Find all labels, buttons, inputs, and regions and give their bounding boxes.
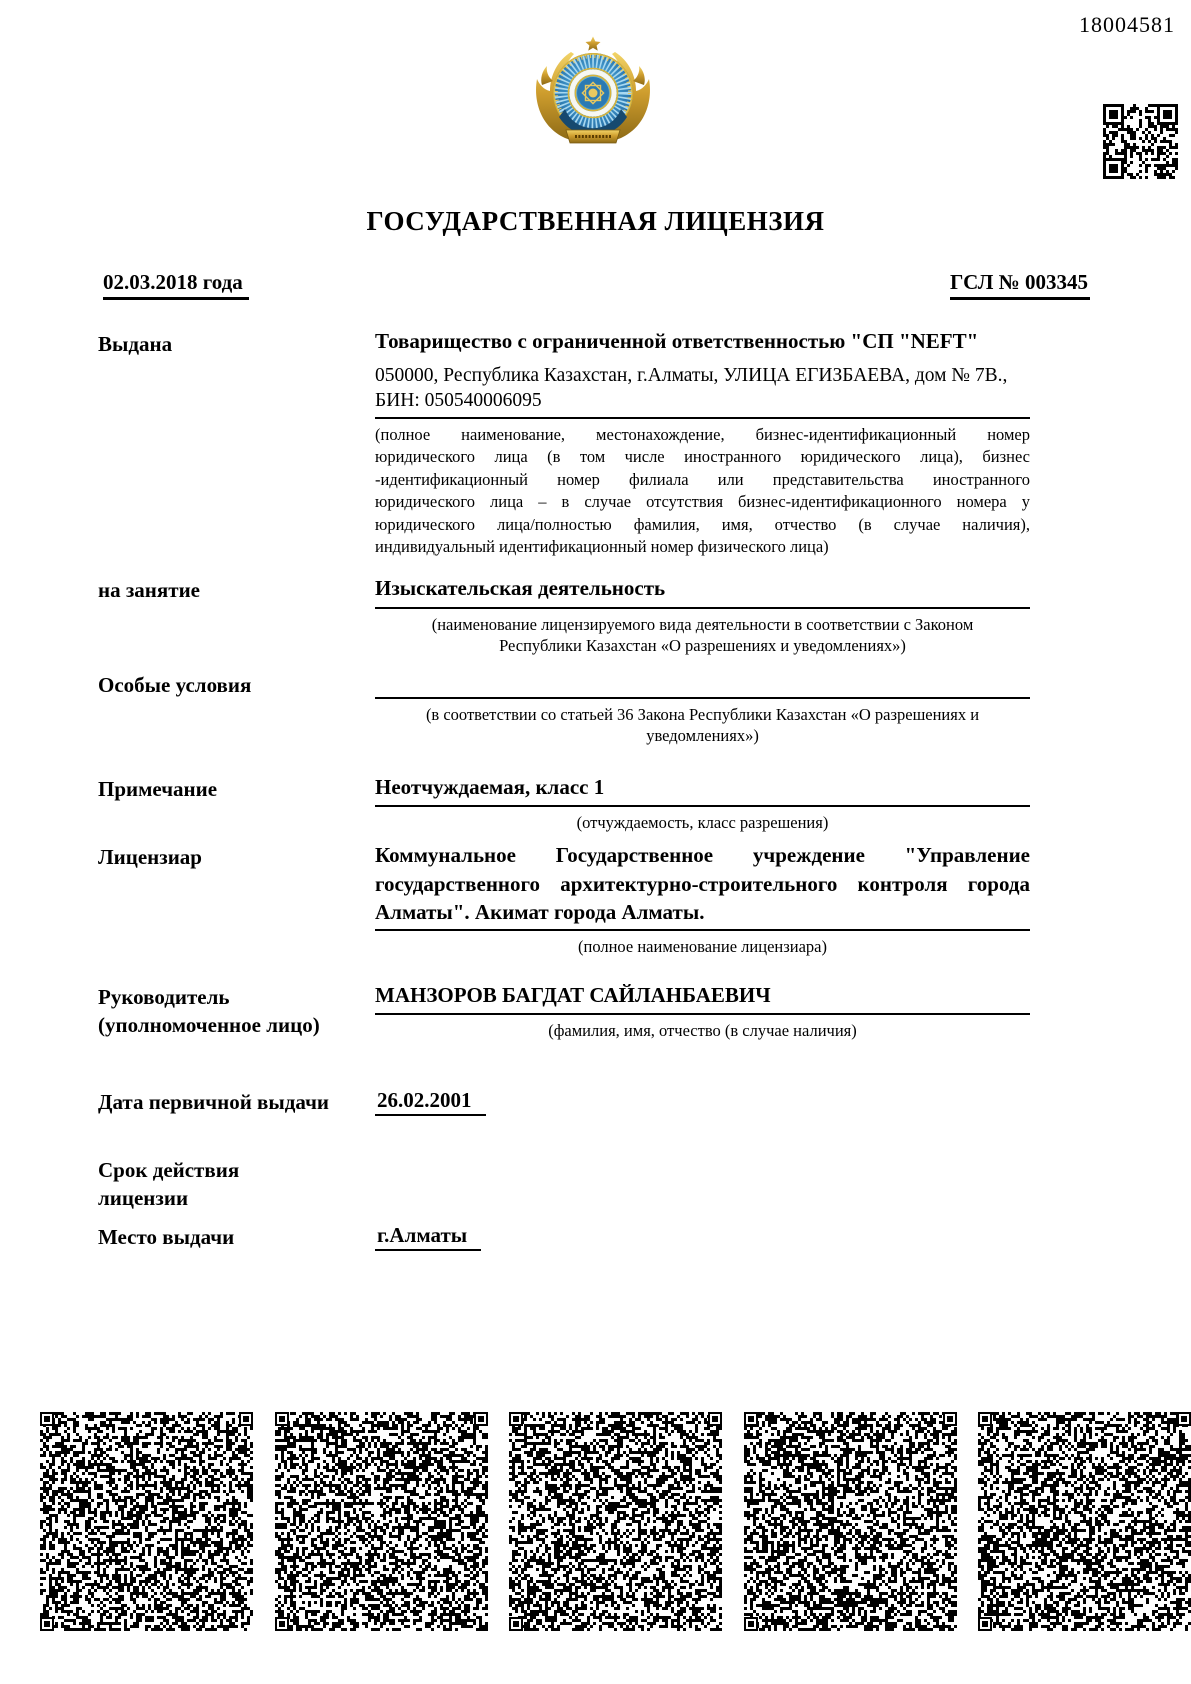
field-value-primechanie: Неотчуждаемая, класс 1 (отчуждаемость, к… (375, 775, 1030, 833)
first-issue-date: 26.02.2001 (375, 1088, 486, 1116)
osobye-caption: (в соответствии со статьей 36 Закона Рес… (375, 704, 1030, 746)
rukovoditel-caption: (фамилия, имя, отчество (в случае наличи… (375, 1020, 1030, 1041)
field-label-vydana: Выдана (98, 330, 358, 358)
data-matrix-barcode-3 (509, 1412, 722, 1631)
field-label-issue-place: Место выдачи (98, 1223, 358, 1251)
licensor-name: Коммунальное Государственное учреждение … (375, 841, 1030, 931)
issue-date: 02.03.2018 года (103, 270, 249, 300)
special-conditions-value (375, 671, 1030, 699)
emblem-top-star (586, 37, 601, 51)
activity-name: Изыскательская деятельность (375, 576, 1030, 609)
field-value-licenziar: Коммунальное Государственное учреждение … (375, 841, 1030, 957)
issue-place: г.Алматы (375, 1223, 481, 1251)
kazakhstan-emblem-icon (531, 34, 655, 150)
field-value-issue-place: г.Алматы (375, 1223, 1030, 1251)
field-label-first-issue-date: Дата первичной выдачи (98, 1088, 368, 1116)
data-matrix-barcode-2 (275, 1412, 488, 1631)
na-zanyatie-caption: (наименование лицензируемого вида деятел… (375, 614, 1030, 656)
licenziar-caption: (полное наименование лицензиара) (375, 936, 1030, 957)
document-number: 18004581 (1079, 12, 1175, 38)
document-title: ГОСУДАРСТВЕННАЯ ЛИЦЕНЗИЯ (0, 206, 1191, 237)
field-label-osobye-usloviya: Особые условия (98, 671, 358, 699)
primechanie-caption: (отчуждаемость, класс разрешения) (375, 812, 1030, 833)
field-value-first-issue-date: 26.02.2001 (375, 1088, 1030, 1116)
emblem-banner (566, 130, 620, 143)
field-value-rukovoditel: МАНЗОРОВ БАГДАТ САЙЛАНБАЕВИЧ (фамилия, и… (375, 983, 1030, 1041)
barcode-strip (40, 1412, 1191, 1631)
qr-code-top (1103, 104, 1178, 179)
head-person-name: МАНЗОРОВ БАГДАТ САЙЛАНБАЕВИЧ (375, 983, 1030, 1015)
address-line: БИН: 050540006095 (375, 388, 1030, 413)
field-value-vydana: Товарищество с ограниченной ответственно… (375, 328, 1030, 558)
field-label-rukovoditel: Руководитель (уполномоченное лицо) (98, 983, 358, 1039)
license-document: 18004581 (0, 0, 1191, 1684)
field-value-osobye-usloviya: (в соответствии со статьей 36 Закона Рес… (375, 671, 1030, 746)
data-matrix-barcode-1 (40, 1412, 253, 1631)
data-matrix-barcode-5 (978, 1412, 1191, 1631)
address-line: 050000, Республика Казахстан, г.Алматы, … (375, 363, 1030, 388)
note-value: Неотчуждаемая, класс 1 (375, 775, 1030, 807)
company-address: 050000, Республика Казахстан, г.Алматы, … (375, 363, 1030, 419)
field-label-licenziar: Лицензиар (98, 843, 358, 871)
field-value-na-zanyatie: Изыскательская деятельность (наименовани… (375, 576, 1030, 656)
field-label-validity-period: Срок действия лицензии (98, 1156, 358, 1212)
license-number: ГСЛ № 003345 (950, 270, 1090, 300)
field-label-na-zanyatie: на занятие (98, 576, 358, 604)
data-matrix-barcode-4 (744, 1412, 957, 1631)
emblem-shanyrak (582, 82, 603, 103)
field-label-primechanie: Примечание (98, 775, 358, 803)
company-name: Товарищество с ограниченной ответственно… (375, 328, 1030, 354)
vydana-caption: (полное наименование, местонахождение, б… (375, 424, 1030, 558)
